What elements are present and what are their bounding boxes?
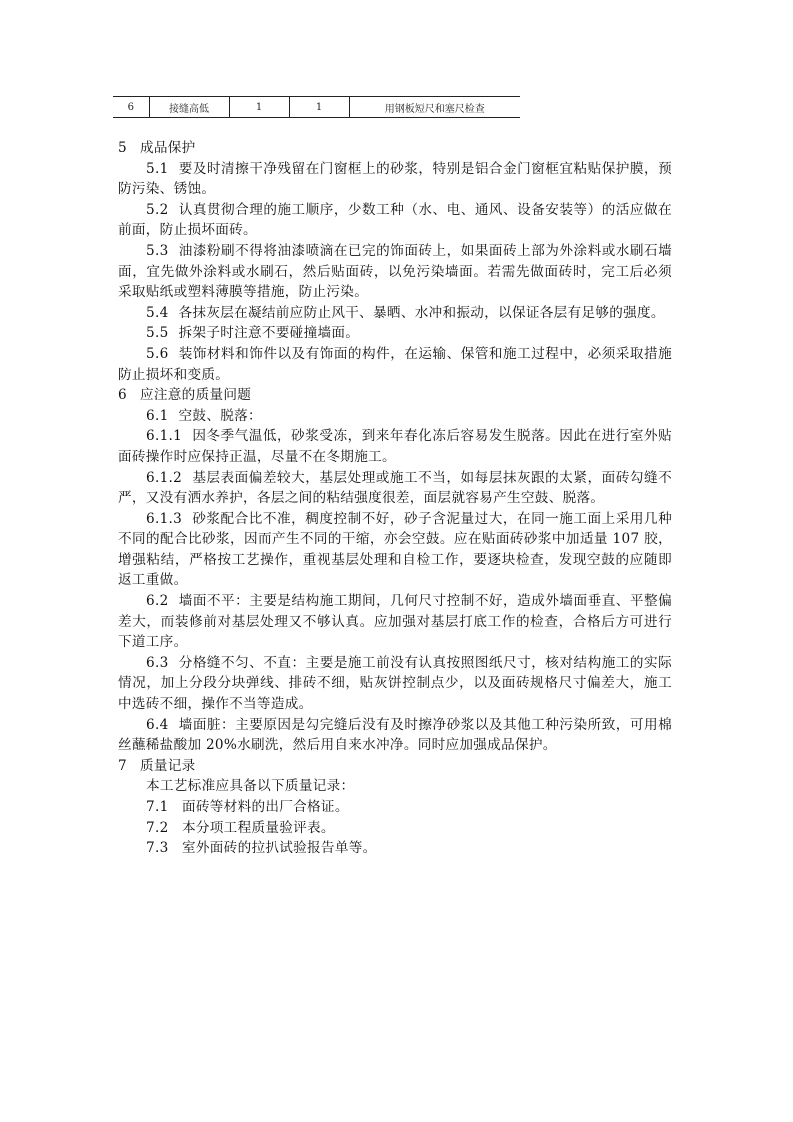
clause-text: 要及时清擦干净残留在门窗框上的砂浆，特别是铝合金门窗框宜粘贴保护膜，预防污染、锈… [118,161,672,198]
clause-text: 装饰材料和饰件以及有饰面的构件，在运输、保管和施工过程中，必须采取措施防止损坏和… [118,346,672,383]
clause-number: 6.1.1 [146,428,182,444]
clause: 6.3分格缝不匀、不直：主要是施工前没有认真按照图纸尺寸，核对结构施工的实际情况… [118,653,672,715]
clause-number: 5.5 [146,325,169,341]
clause-number: 5.1 [146,161,169,177]
record-number: 7.2 [146,818,182,839]
clause-text: 认真贯彻合理的施工顺序，少数工种（水、电、通风、设备安装等）的活应做在前面，防止… [118,202,672,239]
clause: 6.4墙面脏：主要原因是勾完缝后没有及时擦净砂浆以及其他工种污染所致，可用棉丝蘸… [118,715,672,756]
clause: 5.6装饰材料和饰件以及有饰面的构件，在运输、保管和施工过程中，必须采取措施防止… [118,344,672,385]
table-cell-method: 用钢板短尺和塞尺检查 [349,97,520,118]
clause-number: 5.6 [146,346,169,362]
clause-number: 6.3 [146,655,169,671]
record-number: 7.3 [146,838,182,859]
clause-text: 墙面不平：主要是结构施工期间，几何尺寸控制不好，造成外墙面垂直、平整偏差大，而装… [118,593,672,650]
clause-text: 分格缝不匀、不直：主要是施工前没有认真按照图纸尺寸，核对结构施工的实际情况，加上… [118,655,672,712]
clause: 5.1要及时清擦干净残留在门窗框上的砂浆，特别是铝合金门窗框宜粘贴保护膜，预防污… [118,159,672,200]
clause-text: 拆架子时注意不要碰撞墙面。 [179,325,360,341]
clause: 5.2认真贯彻合理的施工顺序，少数工种（水、电、通风、设备安装等）的活应做在前面… [118,200,672,241]
document-page: 6 接缝高低 1 1 用钢板短尺和塞尺检查 5成品保护 5.1要及时清擦干净残留… [0,0,793,1122]
clause-text: 墙面脏：主要原因是勾完缝后没有及时擦净砂浆以及其他工种污染所致，可用棉丝蘸稀盐酸… [118,717,672,754]
document-body: 5成品保护 5.1要及时清擦干净残留在门窗框上的砂浆，特别是铝合金门窗框宜粘贴保… [118,138,672,859]
clause-number: 6.4 [146,717,169,733]
clause-number: 5.2 [146,202,169,218]
clause: 6.1.2基层表面偏差较大，基层处理或施工不当，如每层抹灰跟的太紧，面砖勾缝不严… [118,468,672,509]
section-title: 应注意的质量问题 [140,387,251,403]
section-heading: 5成品保护 [118,138,672,159]
table-row: 6 接缝高低 1 1 用钢板短尺和塞尺检查 [113,97,520,118]
table-cell-index: 6 [113,97,149,118]
record-item: 7.3室外面砖的拉扒试验报告单等。 [118,838,672,859]
section-title: 成品保护 [140,140,196,156]
record-text: 面砖等材料的出厂合格证。 [182,799,349,815]
record-item: 7.1面砖等材料的出厂合格证。 [118,797,672,818]
section-number: 5 [118,138,140,159]
clause: 5.5拆架子时注意不要碰撞墙面。 [118,323,672,344]
record-text: 本分项工程质量验评表。 [182,820,335,836]
record-number: 7.1 [146,797,182,818]
clause: 6.2墙面不平：主要是结构施工期间，几何尺寸控制不好，造成外墙面垂直、平整偏差大… [118,591,672,653]
clause-number: 6.2 [146,593,169,609]
clause-number: 5.4 [146,305,169,321]
clause-text: 空鼓、脱落： [179,408,262,424]
table-cell-value1: 1 [229,97,289,118]
clause: 5.3油漆粉刷不得将油漆喷滴在已完的饰面砖上，如果面砖上部为外涂料或水刷石墙面，… [118,241,672,303]
section-intro: 本工艺标准应具备以下质量记录： [118,776,672,797]
clause: 6.1.3砂浆配合比不准，稠度控制不好，砂子含泥量过大，在同一施工面上采用几种不… [118,509,672,591]
section-number: 7 [118,756,140,777]
clause: 5.4各抹灰层在凝结前应防止风干、暴晒、水冲和振动，以保证各层有足够的强度。 [118,303,672,324]
clause-number: 6.1 [146,408,169,424]
section-heading: 6应注意的质量问题 [118,385,672,406]
table-cell-value2: 1 [289,97,349,118]
table-cell-item: 接缝高低 [149,97,229,118]
record-text: 室外面砖的拉扒试验报告单等。 [182,840,377,856]
section-title: 质量记录 [140,758,196,774]
clause-number: 5.3 [146,243,169,259]
clause-text: 砂浆配合比不准，稠度控制不好，砂子含泥量过大，在同一施工面上采用几种不同的配合比… [118,511,672,589]
clause-number: 6.1.3 [146,511,182,527]
clause-number: 6.1.2 [146,470,182,486]
clause-text: 各抹灰层在凝结前应防止风干、暴晒、水冲和振动，以保证各层有足够的强度。 [179,305,665,321]
clause-text: 因冬季气温低，砂浆受冻，到来年春化冻后容易发生脱落。因此在进行室外贴面砖操作时应… [118,428,672,465]
record-item: 7.2本分项工程质量验评表。 [118,818,672,839]
clause-text: 基层表面偏差较大，基层处理或施工不当，如每层抹灰跟的太紧，面砖勾缝不严，又没有洒… [118,470,672,507]
section-heading: 7质量记录 [118,756,672,777]
clause: 6.1空鼓、脱落： [118,406,672,427]
section-number: 6 [118,385,140,406]
clause-text: 油漆粉刷不得将油漆喷滴在已完的饰面砖上，如果面砖上部为外涂料或水刷石墙面，宜先做… [118,243,672,300]
clause: 6.1.1因冬季气温低，砂浆受冻，到来年春化冻后容易发生脱落。因此在进行室外贴面… [118,426,672,467]
quality-tolerance-table: 6 接缝高低 1 1 用钢板短尺和塞尺检查 [113,96,520,118]
